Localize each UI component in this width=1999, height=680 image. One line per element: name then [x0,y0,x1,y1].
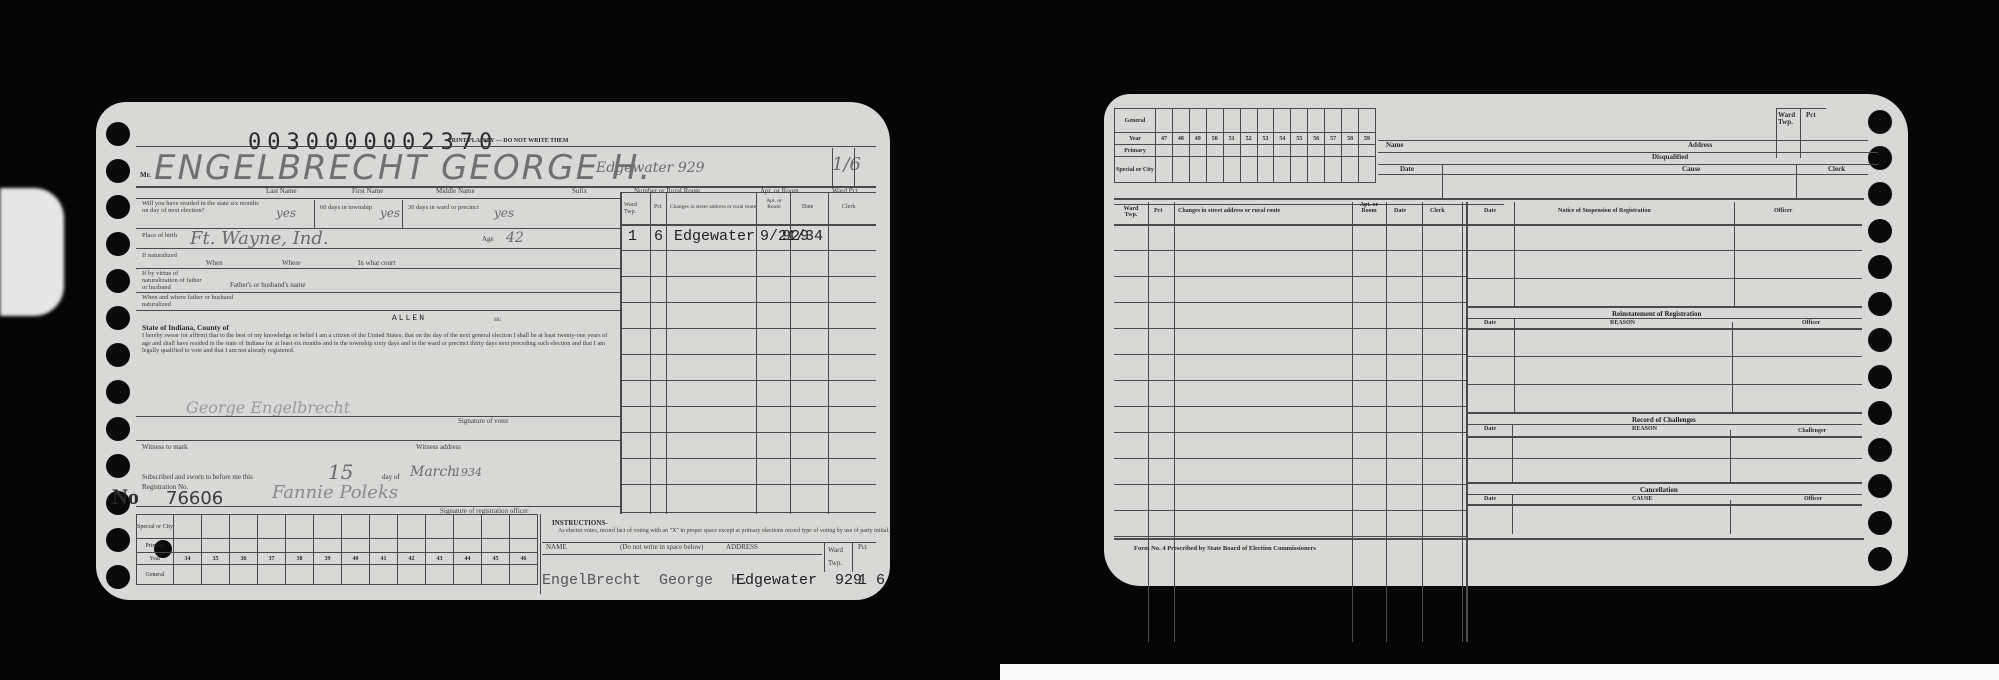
age-label: Age [482,236,494,244]
grid-label-special: Special or City [137,515,174,539]
year-cell: 49 [1189,133,1206,145]
year-cell: 56 [1308,133,1325,145]
year-cell: 36 [230,553,258,565]
film-artifact-tab [0,188,64,316]
father-name-label: Father's or husband's name [230,282,305,290]
back-col-apt: Apt. or Room [1354,202,1384,214]
suspension-col-officer: Officer [1774,208,1792,214]
back-col-pct: Pct [1154,208,1162,214]
challenges-col-date: Date [1484,426,1496,432]
ward-pct-handwritten: 1/6 [832,154,861,175]
year-cell: 42 [398,553,426,565]
year-cell: 52 [1240,133,1257,145]
back-col-date: Date [1394,208,1406,214]
naturalized-court-label: In what court [358,260,395,268]
label-last-name: Last Name [266,188,297,196]
label-first-name: First Name [352,188,383,196]
year-cell: 57 [1325,133,1342,145]
back-col-changes: Changes in street address or rural route [1178,208,1280,214]
year-cell: 46 [510,553,538,565]
township-label: 60 days in township [320,204,374,211]
year-cell: 50 [1206,133,1223,145]
state-residence-answer: yes [276,206,296,220]
year-cell: 40 [342,553,370,565]
witness-label: Witness to mark [142,444,188,452]
year-cell: 47 [1156,133,1173,145]
challenges-col-reason: REASON [1632,426,1657,432]
index-ward: 1 [858,572,867,589]
back-col-ward: Ward Twp. [1118,206,1144,218]
cancellation-title: Cancellation [1640,486,1678,494]
year-cell: 59 [1359,133,1376,145]
year-cell: 55 [1291,133,1308,145]
reinstatement-col-date: Date [1484,320,1496,326]
year-cell: 38 [286,553,314,565]
instructions-title: INSTRUCTIONS- [552,520,608,527]
challenges-title: Record of Challenges [1632,416,1696,424]
instructions-text: As elector votes, record fact of voting … [558,528,958,535]
index-ward-label: Ward Twp. [828,544,850,569]
col-ward-twp: Ward Twp. [624,202,648,215]
subscribed-year: 1934 [454,466,482,479]
oath-suffix: ss: [494,316,501,324]
voter-signature: George Engelbrecht [186,398,350,417]
back-col-clerk: Clerk [1430,208,1445,214]
year-cell: 39 [314,553,342,565]
back-card: General Year 47 48 49 50 51 52 53 54 55 … [1104,94,1908,586]
county-value: ALLEN [392,314,426,323]
name-typed-large: ENGELBRECHT GEORGE H. [154,148,652,188]
birth-place-value: Ft. Wayne, Ind. [190,228,329,249]
age-value: 42 [506,230,524,246]
cancellation-col-officer: Officer [1804,496,1822,502]
when-where-father-label: When and where father or husband natural… [142,294,242,308]
year-cell: 45 [482,553,510,565]
year-cell: 58 [1342,133,1359,145]
number-sign: No [112,486,139,508]
subscribed-day: 15 [328,460,353,484]
col-apt-room: Apt. or Room [760,198,788,210]
year-cell: 51 [1223,133,1240,145]
back-pct-label: Pct [1806,112,1816,119]
col-clerk: Clerk [842,204,855,211]
year-cell: 44 [454,553,482,565]
prefix-label: Mr. [140,172,151,179]
back-name-label: Name [1386,142,1404,149]
year-cell: 48 [1172,133,1189,145]
naturalized-when-label: When [206,260,223,268]
back-grid-label-general: General [1115,109,1156,133]
index-name-label: NAME [546,544,567,552]
ward-residence-label: 30 days in ward or precinct [408,204,488,211]
index-pct: 6 [876,572,885,589]
col-date: Date [802,204,813,211]
cancellation-col-cause: CAUSE [1632,496,1652,502]
grid-label-general: General [137,565,174,585]
year-cell: 41 [370,553,398,565]
birth-place-label: Place of birth [142,232,178,239]
front-card: 0030000002370 PRINT PLAINLY — DO NOT WRI… [96,102,890,600]
index-name: EngelBrecht George H. [542,572,749,589]
suspension-col-date: Date [1484,208,1496,214]
header-notice: PRINT PLAINLY — DO NOT WRITE THEM [448,138,568,144]
back-grid-label-year: Year [1115,133,1156,145]
oath-title: State of Indiana, County of [142,324,229,332]
index-address-label: ADDRESS [726,544,758,552]
day-of-label: day of [382,474,400,482]
index-do-not-write: (Do not write in space below) [620,544,703,552]
grid-label-year: Year [137,553,174,565]
officer-signature: Fannie Poleks [272,482,398,503]
index-pct-label: Pct [858,544,867,552]
year-cell: 35 [202,553,230,565]
label-middle-name: Middle Name [436,188,475,196]
voter-signature-label: Signature of voter [458,418,509,426]
year-cell: 43 [426,553,454,565]
back-disqualified-label: Disqualified [1652,154,1688,161]
challenges-col-challenger: Challenger [1798,428,1826,434]
township-answer: yes [380,206,400,220]
reinstatement-title: Reinstatement of Registration [1612,310,1701,318]
index-address: Edgewater 929 [736,572,862,589]
back-clerk-label-visible: Clerk [1828,166,1845,173]
col-pct: Pct [654,204,662,211]
back-grid-label-special: Special or City [1115,157,1156,183]
back-cause-label: Cause [1682,166,1700,173]
row1-ward: 1 [628,228,637,245]
film-edge-strip [1000,664,1999,680]
back-address-label: Address [1688,142,1712,149]
suspension-col-notice: Notice of Suspension of Registration [1558,208,1651,214]
naturalized-label: If naturalized [142,252,186,259]
row1-date: 9/21/34 [760,228,823,245]
row1-pct: 6 [654,228,663,245]
year-cell: 53 [1257,133,1274,145]
father-naturalization-label: If by virtue of naturalization of father… [142,270,206,291]
back-ward-twp-label: Ward Twp. [1778,112,1798,126]
handwritten-address: Edgewater 929 [596,160,705,176]
ward-residence-answer: yes [494,206,514,220]
year-cell: 34 [174,553,202,565]
form-footer: Form No. 4 Prescribed by State Board of … [1134,546,1316,553]
grid-label-primary: Primary [137,539,174,553]
reinstatement-col-reason: REASON [1610,320,1635,326]
year-cell: 54 [1274,133,1291,145]
oath-text: I hereby swear (or affirm) that to the b… [142,332,612,355]
reinstatement-col-officer: Officer [1802,320,1820,326]
label-sufix: Sufix [572,188,587,196]
subscribed-label: Subscribed and sworn to before me this [142,474,253,482]
cancellation-col-date: Date [1484,496,1496,502]
state-residence-label: Will you have resided in the state six m… [142,200,262,214]
col-changes: Changes in street address or rural route [670,204,756,210]
back-date-label: Date [1400,166,1414,173]
subscribed-month: March [410,464,456,480]
witness-address-label: Witness address [416,444,461,452]
naturalized-where-label: Where [282,260,301,268]
year-cell: 37 [258,553,286,565]
back-grid-label-primary: Primary [1115,145,1156,157]
